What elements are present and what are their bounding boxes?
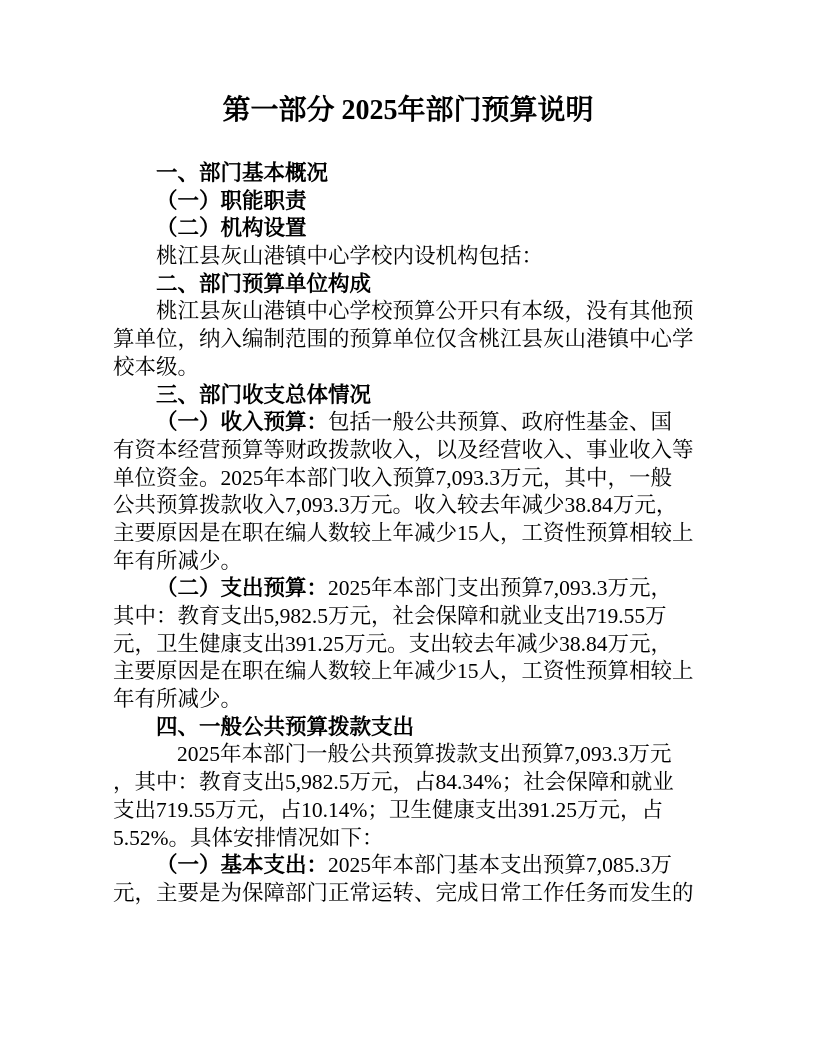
line-text: 元，主要是为保障部门正常运转、完成日常工作任务而发生的 xyxy=(113,881,694,905)
line-text: 支出719.55万元，占10.14%；卫生健康支出391.25万元，占 xyxy=(113,798,663,822)
line-text: 校本级。 xyxy=(113,355,199,379)
line-text: 主要原因是在职在编人数较上年减少15人，工资性预算相较上 xyxy=(113,521,694,545)
text-line: 5.52%。具体安排情况如下： xyxy=(113,825,707,853)
bold-lead-in: （一）职能职责 xyxy=(156,189,307,213)
section-heading: （二）机构设置 xyxy=(113,215,707,243)
line-text: 2025年本部门支出预算7,093.3万元， xyxy=(328,576,672,600)
line-text: 其中：教育支出5,982.5万元，社会保障和就业支出719.55万 xyxy=(113,604,667,628)
line-text: 单位资金。2025年本部门收入预算7,093.3万元，其中，一般 xyxy=(113,466,672,490)
text-line: 公共预算拨款收入7,093.3万元。收入较去年减少38.84万元， xyxy=(113,492,707,520)
text-line: 其中：教育支出5,982.5万元，社会保障和就业支出719.55万 xyxy=(113,603,707,631)
line-text: 元，卫生健康支出391.25万元。支出较去年减少38.84万元， xyxy=(113,632,672,656)
text-line: 桃江县灰山港镇中心学校内设机构包括： xyxy=(113,243,707,271)
text-line: 元，主要是为保障部门正常运转、完成日常工作任务而发生的 xyxy=(113,880,707,908)
bold-lead-in: （一）收入预算： xyxy=(156,410,328,434)
section-heading: 三、部门收支总体情况 xyxy=(113,382,707,410)
document-body: 一、部门基本概况（一）职能职责（二）机构设置桃江县灰山港镇中心学校内设机构包括：… xyxy=(113,160,707,908)
paragraph: （二）支出预算：2025年本部门支出预算7,093.3万元，其中：教育支出5,9… xyxy=(113,575,707,713)
section-heading: 二、部门预算单位构成 xyxy=(113,271,707,299)
section-heading: 一、部门基本概况 xyxy=(113,160,707,188)
text-line: （二）机构设置 xyxy=(113,215,707,243)
text-line: 年有所减少。 xyxy=(113,686,707,714)
text-line: （一）收入预算：包括一般公共预算、政府性基金、国 xyxy=(113,409,707,437)
paragraph: 2025年本部门一般公共预算拨款支出预算7,093.3万元，其中：教育支出5,9… xyxy=(113,741,707,852)
line-text: 包括一般公共预算、政府性基金、国 xyxy=(328,410,672,434)
text-line: 桃江县灰山港镇中心学校预算公开只有本级，没有其他预 xyxy=(113,298,707,326)
bold-lead-in: （二）机构设置 xyxy=(156,216,307,240)
paragraph: 桃江县灰山港镇中心学校预算公开只有本级，没有其他预算单位，纳入编制范围的预算单位… xyxy=(113,298,707,381)
text-line: 2025年本部门一般公共预算拨款支出预算7,093.3万元 xyxy=(113,741,707,769)
line-text: 主要原因是在职在编人数较上年减少15人，工资性预算相较上 xyxy=(113,659,694,683)
text-line: 支出719.55万元，占10.14%；卫生健康支出391.25万元，占 xyxy=(113,797,707,825)
section-heading: 四、一般公共预算拨款支出 xyxy=(113,714,707,742)
text-line: 年有所减少。 xyxy=(113,548,707,576)
text-line: （一）职能职责 xyxy=(113,188,707,216)
line-text: 2025年本部门基本支出预算7,085.3万 xyxy=(328,853,672,877)
bold-lead-in: 二、部门预算单位构成 xyxy=(156,272,371,296)
text-line: 单位资金。2025年本部门收入预算7,093.3万元，其中，一般 xyxy=(113,465,707,493)
text-line: （二）支出预算：2025年本部门支出预算7,093.3万元， xyxy=(113,575,707,603)
text-line: ，其中：教育支出5,982.5万元，占84.34%；社会保障和就业 xyxy=(113,769,707,797)
text-line: 元，卫生健康支出391.25万元。支出较去年减少38.84万元， xyxy=(113,631,707,659)
paragraph: 桃江县灰山港镇中心学校内设机构包括： xyxy=(113,243,707,271)
text-line: 主要原因是在职在编人数较上年减少15人，工资性预算相较上 xyxy=(113,658,707,686)
section-heading: （一）职能职责 xyxy=(113,188,707,216)
line-text: 年有所减少。 xyxy=(113,549,242,573)
paragraph: （一）基本支出：2025年本部门基本支出预算7,085.3万元，主要是为保障部门… xyxy=(113,852,707,907)
text-line: 主要原因是在职在编人数较上年减少15人，工资性预算相较上 xyxy=(113,520,707,548)
text-line: 一、部门基本概况 xyxy=(113,160,707,188)
bold-lead-in: 四、一般公共预算拨款支出 xyxy=(156,715,414,739)
text-line: （一）基本支出：2025年本部门基本支出预算7,085.3万 xyxy=(113,852,707,880)
bold-lead-in: （二）支出预算： xyxy=(156,576,328,600)
line-text: 算单位，纳入编制范围的预算单位仅含桃江县灰山港镇中心学 xyxy=(113,327,694,351)
paragraph: （一）收入预算：包括一般公共预算、政府性基金、国有资本经营预算等财政拨款收入，以… xyxy=(113,409,707,575)
line-text: 年有所减少。 xyxy=(113,687,242,711)
text-line: 校本级。 xyxy=(113,354,707,382)
text-line: 有资本经营预算等财政拨款收入，以及经营收入、事业收入等 xyxy=(113,437,707,465)
text-line: 算单位，纳入编制范围的预算单位仅含桃江县灰山港镇中心学 xyxy=(113,326,707,354)
text-line: 二、部门预算单位构成 xyxy=(113,271,707,299)
text-line: 三、部门收支总体情况 xyxy=(113,382,707,410)
document-title: 第一部分 2025年部门预算说明 xyxy=(60,93,756,129)
line-text: 有资本经营预算等财政拨款收入，以及经营收入、事业收入等 xyxy=(113,438,694,462)
bold-lead-in: 三、部门收支总体情况 xyxy=(156,383,371,407)
bold-lead-in: （一）基本支出： xyxy=(156,853,328,877)
line-text: ，其中：教育支出5,982.5万元，占84.34%；社会保障和就业 xyxy=(113,770,674,794)
line-text: 5.52%。具体安排情况如下： xyxy=(113,826,384,850)
line-text: 桃江县灰山港镇中心学校预算公开只有本级，没有其他预 xyxy=(156,299,694,323)
bold-lead-in: 一、部门基本概况 xyxy=(156,161,328,185)
line-text: 公共预算拨款收入7,093.3万元。收入较去年减少38.84万元， xyxy=(113,493,677,517)
text-line: 四、一般公共预算拨款支出 xyxy=(113,714,707,742)
line-text: 桃江县灰山港镇中心学校内设机构包括： xyxy=(156,244,543,268)
line-text: 2025年本部门一般公共预算拨款支出预算7,093.3万元 xyxy=(177,742,672,766)
document-page: 第一部分 2025年部门预算说明 一、部门基本概况（一）职能职责（二）机构设置桃… xyxy=(0,0,816,1056)
